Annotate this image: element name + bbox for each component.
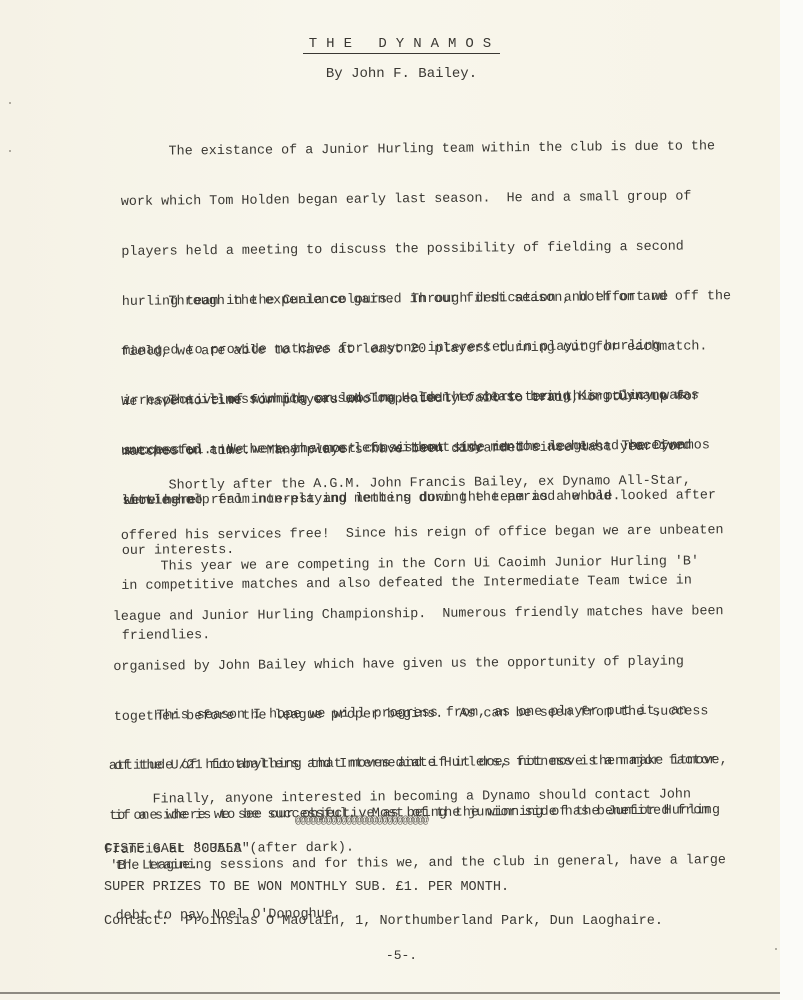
page-number: -5-. (0, 948, 803, 963)
article-title-text: THE DYNAMOS (303, 36, 500, 54)
text-line: The existance of a Junior Hurling team w… (120, 139, 760, 162)
typewritten-page: THE DYNAMOS By John F. Bailey. The exist… (0, 0, 782, 994)
notice-contact: Contact: Proinsias O'Maolain, 1, Northum… (104, 914, 663, 929)
paper-speck (9, 150, 11, 152)
text-line: Through the experience gained in our fir… (120, 289, 760, 312)
text-line: league and Junior Hurling Championship. … (113, 604, 753, 627)
text-line: The illness which caused Tom Holden to c… (120, 388, 760, 411)
text-line: Finally, anyone interested in becoming a… (104, 787, 744, 810)
text-line: This year we are competing in the Corn U… (112, 554, 752, 577)
article-byline: By John F. Bailey. (0, 66, 803, 82)
scan-margin (780, 0, 803, 1000)
notice-heading: CISTE GAEL "CUALA" (104, 842, 250, 857)
paper-speck (775, 948, 777, 950)
text-line: This season I hope we will progress from… (108, 703, 748, 726)
text-line: work which Tom Holden began early last s… (121, 189, 761, 212)
section-divider: @@@@@@@@@@@@@@@@@@@@@@@@@@ (295, 815, 428, 827)
article-title: THE DYNAMOS (0, 36, 803, 54)
paper-speck (9, 102, 11, 104)
text-line: Shortly after the A.G.M. John Francis Ba… (120, 473, 760, 496)
notice-prizes: SUPER PRIZES TO BE WON MONTHLY SUB. £1. … (104, 880, 509, 895)
